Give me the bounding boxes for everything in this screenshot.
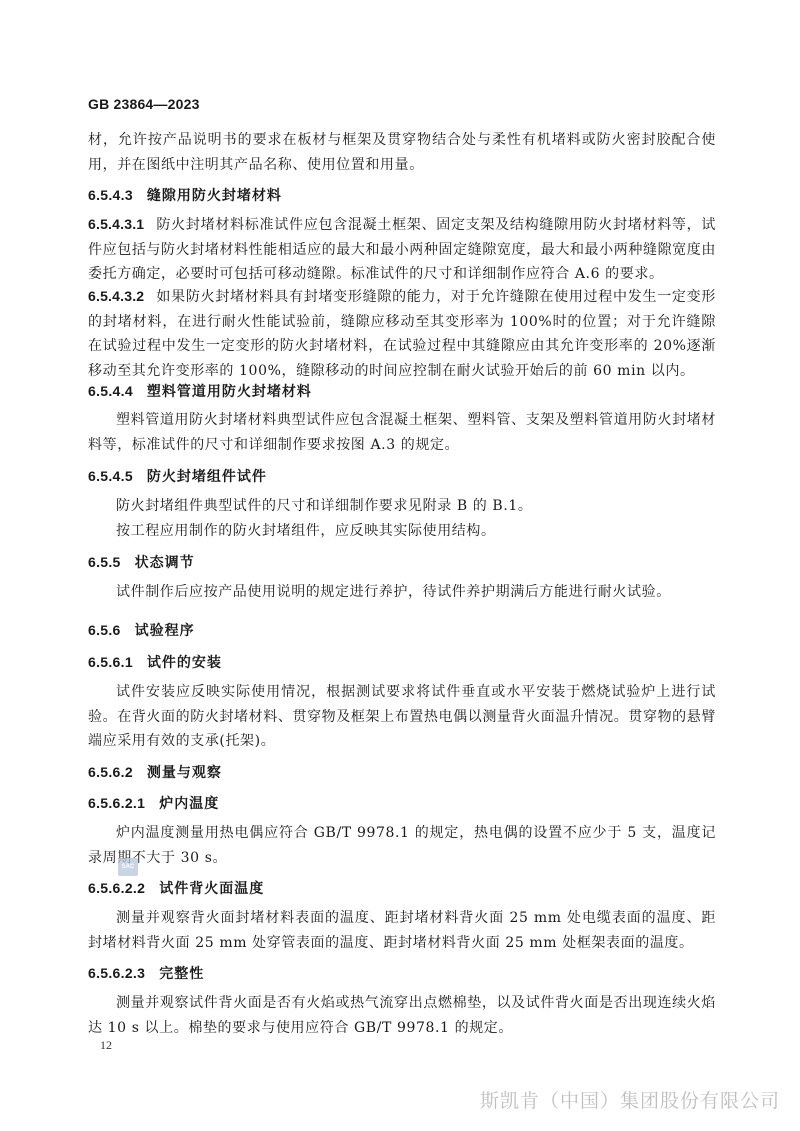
paragraph-text: 材，允许按产品说明书的要求在板材与框架及贯穿物结合处与柔性有机堵料或防火密封胶配… <box>88 128 716 177</box>
heading-6-5-4-4: 6.5.4.4塑料管道用防火封堵材料 <box>88 381 716 402</box>
section-title: 缝隙用防火封堵材料 <box>147 188 282 204</box>
sac-logo-icon: SAC <box>118 858 138 876</box>
paragraph-text: 按工程应用制作的防火封堵组件，应反映其实际使用结构。 <box>88 519 716 544</box>
heading-6-5-4-3: 6.5.4.3缝隙用防火封堵材料 <box>88 185 716 206</box>
section-number: 6.5.6 <box>88 620 121 640</box>
paragraph-text: 测量并观察背火面封堵材料表面的温度、距封堵材料背火面 25 mm 处电缆表面的温… <box>88 906 716 955</box>
clause-6-5-4-3-1: 6.5.4.3.1防火封堵材料标准试件应包含混凝土框架、固定支架及结构缝隙用防火… <box>88 212 716 287</box>
section-number: 6.5.6.2.2 <box>88 878 145 898</box>
paragraph-text: 试件安装应反映实际使用情况，根据测试要求将试件垂直或水平安装于燃烧试验炉上进行试… <box>88 680 716 754</box>
section-title: 完整性 <box>159 966 204 982</box>
section-6-5-4-5-body: 防火封堵组件典型试件的尺寸和详细制作要求见附录 B 的 B.1。 按工程应用制作… <box>88 494 716 543</box>
section-title: 防火封堵组件试件 <box>147 469 267 485</box>
section-6-5-6-2-3-body: 测量并观察试件背火面是否有火焰或热气流穿出点燃棉垫，以及试件背火面是否出现连续火… <box>88 991 716 1040</box>
heading-6-5-6-2-3: 6.5.6.2.3完整性 <box>88 963 716 984</box>
company-watermark: 斯凯肯（中国）集团股份有限公司 <box>480 1086 780 1113</box>
clause-number: 6.5.4.3.1 <box>88 216 144 232</box>
paragraph-text: 炉内温度测量用热电偶应符合 GB/T 9978.1 的规定，热电偶的设置不应少于… <box>88 821 716 870</box>
heading-6-5-6-2-2: 6.5.6.2.2试件背火面温度 <box>88 878 716 899</box>
section-6-5-6-1-body: 试件安装应反映实际使用情况，根据测试要求将试件垂直或水平安装于燃烧试验炉上进行试… <box>88 680 716 754</box>
section-number: 6.5.6.2.1 <box>88 793 145 813</box>
clause-number: 6.5.4.3.2 <box>88 288 144 304</box>
clause-6-5-4-3-2: 6.5.4.3.2如果防火封堵材料具有封堵变形缝隙的能力，对于允许缝隙在使用过程… <box>88 284 716 383</box>
intro-paragraph: 材，允许按产品说明书的要求在板材与框架及贯穿物结合处与柔性有机堵料或防火密封胶配… <box>88 128 716 177</box>
section-6-5-4-4-body: 塑料管道用防火封堵材料典型试件应包含混凝土框架、塑料管、支架及塑料管道用防火封堵… <box>88 408 716 457</box>
paragraph-text: 塑料管道用防火封堵材料典型试件应包含混凝土框架、塑料管、支架及塑料管道用防火封堵… <box>88 408 716 457</box>
clause-text: 如果防火封堵材料具有封堵变形缝隙的能力，对于允许缝隙在使用过程中发生一定变形的封… <box>88 289 716 379</box>
section-title: 状态调节 <box>135 555 195 571</box>
section-title: 测量与观察 <box>147 765 222 781</box>
paragraph-text: 防火封堵组件典型试件的尺寸和详细制作要求见附录 B 的 B.1。 <box>88 494 716 519</box>
section-number: 6.5.6.2 <box>88 762 133 782</box>
section-6-5-6-2-2-body: 测量并观察背火面封堵材料表面的温度、距封堵材料背火面 25 mm 处电缆表面的温… <box>88 906 716 955</box>
page-number: 12 <box>100 1038 112 1053</box>
section-title: 试件的安装 <box>147 655 222 671</box>
section-number: 6.5.6.1 <box>88 652 133 672</box>
heading-6-5-6-1: 6.5.6.1试件的安装 <box>88 652 716 673</box>
heading-6-5-6-2-1: 6.5.6.2.1炉内温度 <box>88 793 716 814</box>
heading-6-5-4-5: 6.5.4.5防火封堵组件试件 <box>88 466 716 487</box>
section-number: 6.5.4.4 <box>88 381 133 401</box>
section-title: 炉内温度 <box>159 796 219 812</box>
section-number: 6.5.6.2.3 <box>88 963 145 983</box>
standard-code: GB 23864—2023 <box>88 96 200 112</box>
section-number: 6.5.4.3 <box>88 185 133 205</box>
section-title: 试件背火面温度 <box>159 881 264 897</box>
section-number: 6.5.4.5 <box>88 466 133 486</box>
paragraph-text: 测量并观察试件背火面是否有火焰或热气流穿出点燃棉垫，以及试件背火面是否出现连续火… <box>88 991 716 1040</box>
paragraph-text: 试件制作后应按产品使用说明的规定进行养护，待试件养护期满后方能进行耐火试验。 <box>88 580 716 605</box>
section-number: 6.5.5 <box>88 552 121 572</box>
heading-6-5-6: 6.5.6试验程序 <box>88 620 716 641</box>
section-title: 试验程序 <box>135 623 195 639</box>
section-title: 塑料管道用防火封堵材料 <box>147 384 312 400</box>
heading-6-5-5: 6.5.5状态调节 <box>88 552 716 573</box>
section-6-5-5-body: 试件制作后应按产品使用说明的规定进行养护，待试件养护期满后方能进行耐火试验。 <box>88 580 716 605</box>
section-6-5-6-2-1-body: 炉内温度测量用热电偶应符合 GB/T 9978.1 的规定，热电偶的设置不应少于… <box>88 821 716 870</box>
heading-6-5-6-2: 6.5.6.2测量与观察 <box>88 762 716 783</box>
clause-text: 防火封堵材料标准试件应包含混凝土框架、固定支架及结构缝隙用防火封堵材料等，试件应… <box>88 217 716 282</box>
